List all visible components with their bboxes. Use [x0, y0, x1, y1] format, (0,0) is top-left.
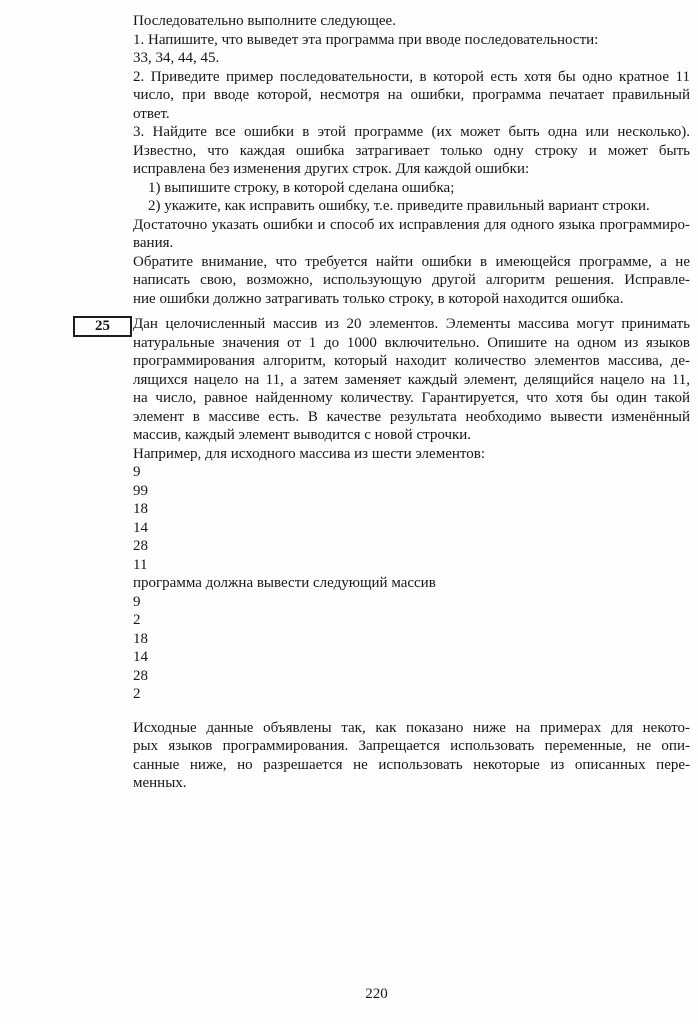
text-line: лящихся нацело на 11, а затем заменяет к… — [133, 371, 690, 390]
text-line: ответ. — [133, 105, 690, 124]
text-line: Дан целочисленный массив из 20 элементов… — [133, 315, 690, 334]
text-line: 99 — [133, 482, 690, 501]
closing-paragraph: Исходные данные объявлены так, как показ… — [133, 719, 690, 793]
text-line: Известно, что каждая ошибка затрагивает … — [133, 142, 690, 161]
text-line: исправлена без изменения других строк. Д… — [133, 160, 690, 179]
text-column: Последовательно выполните следующее.1. Н… — [133, 12, 690, 793]
text-line: ние ошибки должно затрагивать только стр… — [133, 290, 690, 309]
text-line: Достаточно указать ошибки и способ их ис… — [133, 216, 690, 235]
text-line: 11 — [133, 556, 690, 575]
text-line: массив, каждый элемент выводится с новой… — [133, 426, 690, 445]
text-line: санные ниже, но разрешается не использов… — [133, 756, 690, 775]
text-line: на число, равное найденному количеству. … — [133, 389, 690, 408]
text-line: 28 — [133, 537, 690, 556]
text-line: 2 — [133, 611, 690, 630]
text-line: 9 — [133, 593, 690, 612]
text-line: вания. — [133, 234, 690, 253]
text-line: программа должна вывести следующий масси… — [133, 574, 690, 593]
text-line: 3. Найдите все ошибки в этой программе (… — [133, 123, 690, 142]
page-number: 220 — [0, 986, 698, 1003]
text-line: Исходные данные объявлены так, как показ… — [133, 719, 690, 738]
text-line: 18 — [133, 500, 690, 519]
text-line: 1. Напишите, что выведет эта программа п… — [133, 31, 690, 50]
text-line: 14 — [133, 519, 690, 538]
text-line: Например, для исходного массива из шести… — [133, 445, 690, 464]
intro-instructions: Последовательно выполните следующее.1. Н… — [133, 12, 690, 308]
text-line: число, при вводе которой, несмотря на ош… — [133, 86, 690, 105]
text-line: 18 — [133, 630, 690, 649]
task-25-body: Дан целочисленный массив из 20 элементов… — [133, 315, 690, 704]
text-line: 14 — [133, 648, 690, 667]
task-number-box: 25 — [73, 316, 132, 337]
text-line: 2 — [133, 685, 690, 704]
text-line: Последовательно выполните следующее. — [133, 12, 690, 31]
text-line: 1) выпишите строку, в которой сделана ош… — [133, 179, 690, 198]
text-line: 9 — [133, 463, 690, 482]
document-page: Последовательно выполните следующее.1. Н… — [0, 0, 698, 1024]
text-line: 33, 34, 44, 45. — [133, 49, 690, 68]
text-line: натуральные значения от 1 до 1000 включи… — [133, 334, 690, 353]
text-line: 28 — [133, 667, 690, 686]
text-line: написать свою, возможно, использующую др… — [133, 271, 690, 290]
text-line: Обратите внимание, что требуется найти о… — [133, 253, 690, 272]
task-25: 25 Дан целочисленный массив из 20 элемен… — [133, 315, 690, 704]
text-line: программирования алгоритм, который наход… — [133, 352, 690, 371]
text-line: элемент в массиве есть. В качестве резул… — [133, 408, 690, 427]
text-line: 2. Приведите пример последовательности, … — [133, 68, 690, 87]
text-line: 2) укажите, как исправить ошибку, т.е. п… — [133, 197, 690, 216]
text-line: рых языков программирования. Запрещается… — [133, 737, 690, 756]
text-line: менных. — [133, 774, 690, 793]
